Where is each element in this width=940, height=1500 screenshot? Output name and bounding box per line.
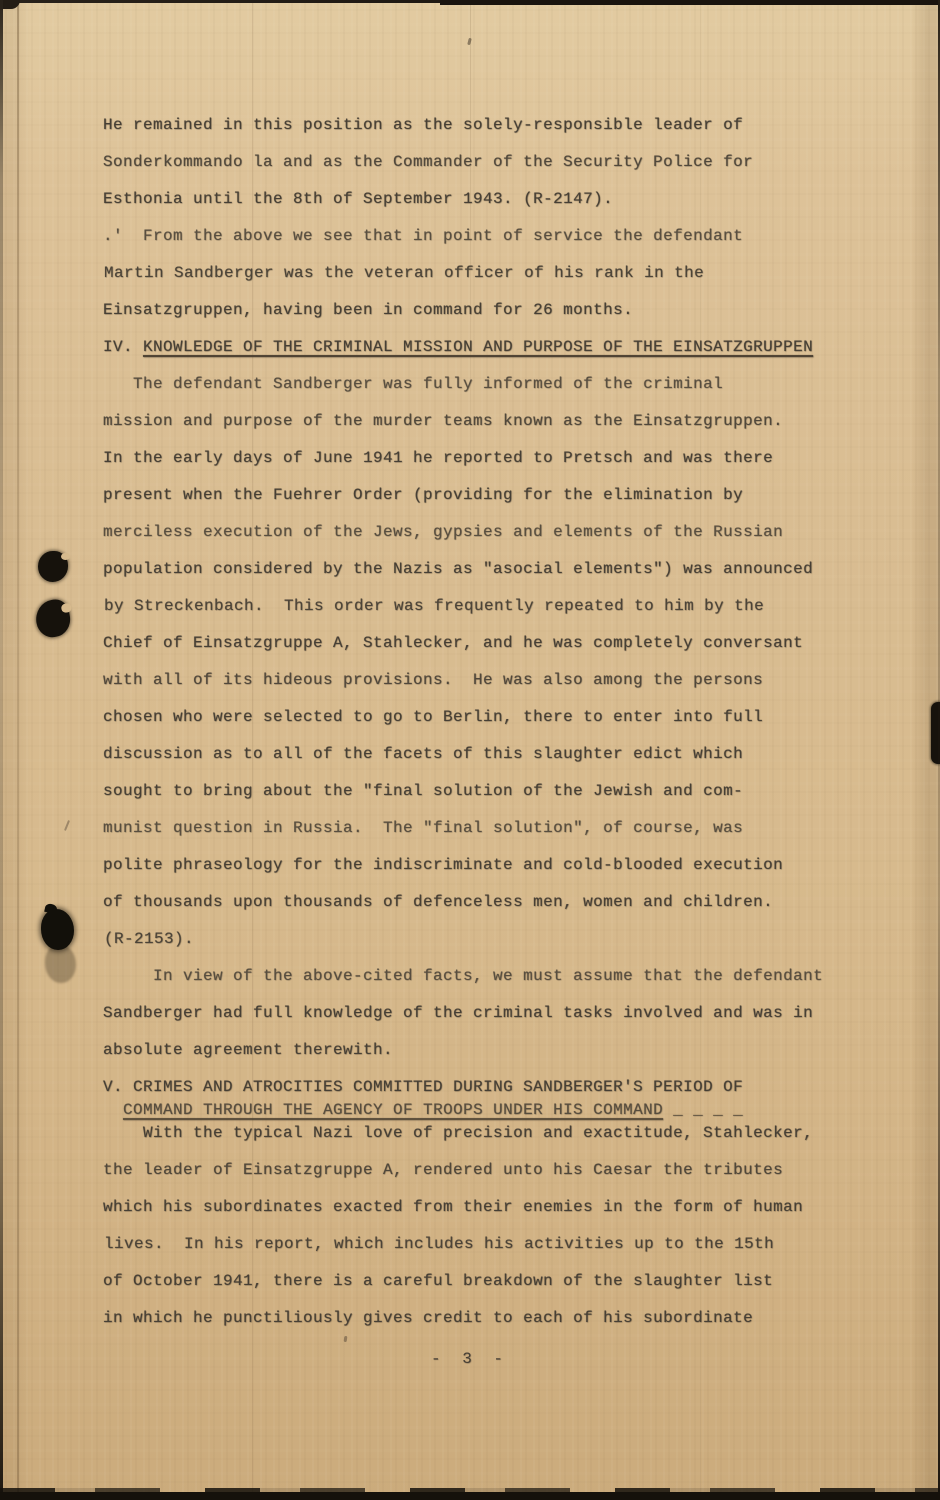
- text-line: chosen who were selected to go to Berlin…: [103, 708, 940, 745]
- text-line: population considered by the Nazis as "a…: [103, 560, 940, 597]
- ink-blot: [41, 909, 74, 950]
- text-line: discussion as to all of the facets of th…: [103, 745, 940, 782]
- text-line: merciless execution of the Jews, gypsies…: [103, 523, 940, 560]
- section-heading: COMMAND THROUGH THE AGENCY OF TROOPS UND…: [103, 1101, 940, 1124]
- section-heading: V. CRIMES AND ATROCITIES COMMITTED DURIN…: [103, 1078, 940, 1101]
- document-page: He remained in this position as the sole…: [0, 0, 940, 1500]
- text-line: In the early days of June 1941 he report…: [103, 449, 940, 486]
- text-line: with all of its hideous provisions. He w…: [103, 671, 940, 708]
- text-line: absolute agreement therewith.: [103, 1041, 940, 1078]
- text-line: sought to bring about the "final solutio…: [103, 782, 940, 819]
- text-line: Martin Sandberger was the veteran office…: [104, 264, 940, 301]
- text-line: munist question in Russia. The "final so…: [103, 819, 940, 856]
- text-line: of October 1941, there is a careful brea…: [103, 1272, 940, 1309]
- punch-hole-top: [38, 551, 68, 582]
- left-scan-edge: [0, 0, 3, 1500]
- text-line: .' From the above we see that in point o…: [103, 227, 940, 264]
- page-number: - 3 -: [0, 1350, 940, 1368]
- text-line: in which he punctiliously gives credit t…: [103, 1309, 940, 1346]
- typewritten-text: He remained in this position as the sole…: [103, 116, 940, 1346]
- text-line: Sandberger had full knowledge of the cri…: [103, 1004, 940, 1041]
- text-line: (R-2153).: [104, 930, 940, 967]
- text-line: present when the Fuehrer Order (providin…: [103, 486, 940, 523]
- text-line: Esthonia until the 8th of September 1943…: [103, 190, 940, 227]
- text-line: In view of the above-cited facts, we mus…: [103, 967, 940, 1004]
- section-heading: IV. KNOWLEDGE OF THE CRIMINAL MISSION AN…: [103, 338, 940, 375]
- top-scan-edge: [0, 0, 940, 3]
- text-line: With the typical Nazi love of precision …: [103, 1124, 940, 1161]
- text-line: of thousands upon thousands of defencele…: [103, 893, 940, 930]
- text-line: by Streckenbach. This order was frequent…: [104, 597, 940, 634]
- text-line: mission and purpose of the murder teams …: [103, 412, 940, 449]
- text-line: which his subordinates exacted from thei…: [103, 1198, 940, 1235]
- text-line: He remained in this position as the sole…: [103, 116, 940, 153]
- text-line: Einsatzgruppen, having been in command f…: [103, 301, 940, 338]
- text-line: lives. In his report, which includes his…: [104, 1235, 940, 1272]
- text-line: Sonderkommando la and as the Commander o…: [103, 153, 940, 190]
- text-line: polite phraseology for the indiscriminat…: [103, 856, 940, 893]
- text-line: The defendant Sandberger was fully infor…: [103, 375, 940, 412]
- bottom-scan-edge: [0, 1492, 940, 1500]
- scanned-document: He remained in this position as the sole…: [0, 0, 940, 1500]
- text-line: the leader of Einsatzgruppe A, rendered …: [103, 1161, 940, 1198]
- text-line: Chief of Einsatzgruppe A, Stahlecker, an…: [103, 634, 940, 671]
